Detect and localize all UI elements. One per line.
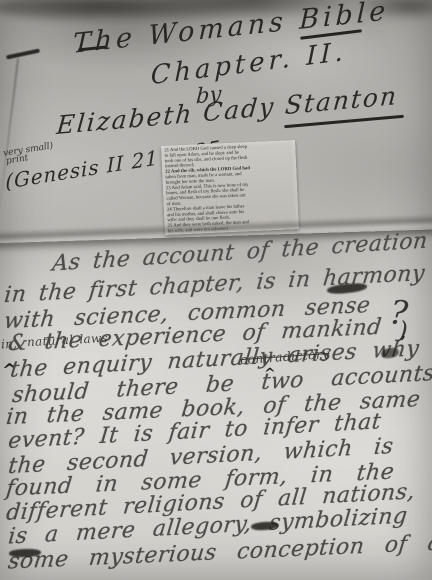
stray-mark-tick: ’ [400, 333, 406, 354]
manuscript-photo: The Womans Bible Chapter. II. by Elizabe… [0, 0, 432, 580]
insertion-prefix: in, [1, 337, 18, 352]
